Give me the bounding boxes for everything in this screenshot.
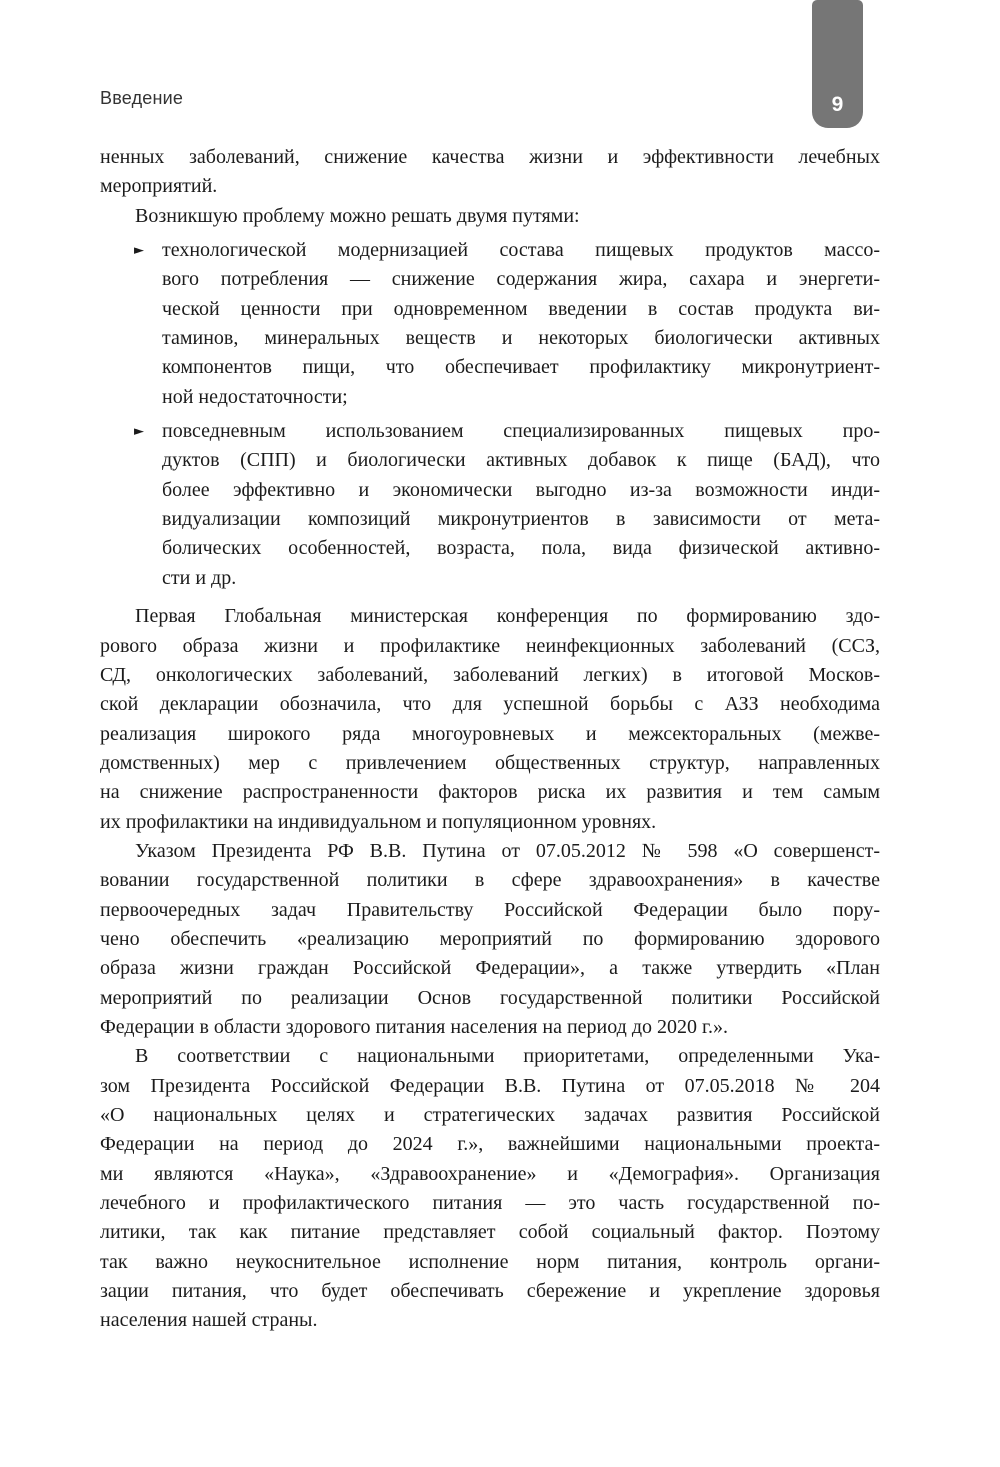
page-number: 9 xyxy=(832,94,844,115)
paragraph-decree-2018: В соответствии с национальными приоритет… xyxy=(100,1042,880,1335)
text-line: вого потребления — снижение содержания ж… xyxy=(162,265,880,294)
text-line: мероприятий. xyxy=(100,172,880,201)
text-line: зом Президента Российской Федерации В.В.… xyxy=(100,1072,880,1101)
text-line: чено обеспечить «реализацию мероприятий … xyxy=(100,925,880,954)
text-line: видуализации композиций микронутриентов … xyxy=(162,505,880,534)
text-line: лечебного и профилактического питания — … xyxy=(100,1189,880,1218)
text-line: «О национальных целях и стратегических з… xyxy=(100,1101,880,1130)
text-line: болических особенностей, возраста, пола,… xyxy=(162,534,880,563)
paragraph-problem: Возникшую проблему можно решать двумя пу… xyxy=(100,202,880,231)
page-body-text: ненных заболеваний, снижение качества жи… xyxy=(100,143,880,1336)
text-line: зации питания, что будет обеспечивать сб… xyxy=(100,1277,880,1306)
text-line: мероприятий по реализации Основ государс… xyxy=(100,984,880,1013)
running-header-title: Введение xyxy=(100,88,183,109)
bullet-item-specialized-products: ► повседневным использованием специализи… xyxy=(100,417,880,593)
bullet-triangle-icon: ► xyxy=(134,236,144,265)
text-line: сти и др. xyxy=(162,564,880,593)
text-line: вовании государственной политики в сфере… xyxy=(100,866,880,895)
text-line: образа жизни граждан Российской Федераци… xyxy=(100,954,880,983)
text-line: ческой ценности при одновременном введен… xyxy=(162,295,880,324)
book-page: { "page": { "header_title": "Введение", … xyxy=(0,0,1000,1467)
bullet-triangle-icon: ► xyxy=(134,417,144,446)
text-line: ной недостаточности; xyxy=(162,383,880,412)
text-line: реализация широкого ряда многоуровневых … xyxy=(100,720,880,749)
text-line: В соответствии с национальными приоритет… xyxy=(100,1042,880,1071)
text-line: населения нашей страны. xyxy=(100,1306,880,1335)
text-line: первоочередных задач Правительству Росси… xyxy=(100,896,880,925)
text-line: литики, так как питание представляет соб… xyxy=(100,1218,880,1247)
text-line: их профилактики на индивидуальном и попу… xyxy=(100,808,880,837)
text-line: повседневным использованием специализиро… xyxy=(162,417,880,446)
text-line: домственных) мер с привлечением обществе… xyxy=(100,749,880,778)
text-line: Указом Президента РФ В.В. Путина от 07.0… xyxy=(100,837,880,866)
text-line: СД, онкологических заболеваний, заболева… xyxy=(100,661,880,690)
text-line: более эффективно и экономически выгодно … xyxy=(162,476,880,505)
text-line: ми являются «Наука», «Здравоохранение» и… xyxy=(100,1160,880,1189)
paragraph-decree-2012: Указом Президента РФ В.В. Путина от 07.0… xyxy=(100,837,880,1042)
paragraph-conference: Первая Глобальная министерская конференц… xyxy=(100,602,880,837)
text-line: технологической модернизацией состава пи… xyxy=(162,236,880,265)
text-line: ненных заболеваний, снижение качества жи… xyxy=(100,143,880,172)
text-line: так важно неукоснительное исполнение нор… xyxy=(100,1248,880,1277)
page-number-tab: 9 xyxy=(812,0,863,128)
text-line: Федерации на период до 2024 г.», важнейш… xyxy=(100,1130,880,1159)
text-line: таминов, минеральных веществ и некоторых… xyxy=(162,324,880,353)
text-line: рового образа жизни и профилактике неинф… xyxy=(100,632,880,661)
text-line: ской декларации обозначила, что для успе… xyxy=(100,690,880,719)
text-line: на снижение распространенности факторов … xyxy=(100,778,880,807)
text-line: дуктов (СПП) и биологически активных доб… xyxy=(162,446,880,475)
text-line: компонентов пищи, что обеспечивает профи… xyxy=(162,353,880,382)
text-line: Федерации в области здорового питания на… xyxy=(100,1013,880,1042)
text-line: Возникшую проблему можно решать двумя пу… xyxy=(100,202,880,231)
text-line: Первая Глобальная министерская конференц… xyxy=(100,602,880,631)
paragraph-intro-continuation: ненных заболеваний, снижение качества жи… xyxy=(100,143,880,202)
bullet-item-modernization: ► технологической модернизацией состава … xyxy=(100,236,880,412)
